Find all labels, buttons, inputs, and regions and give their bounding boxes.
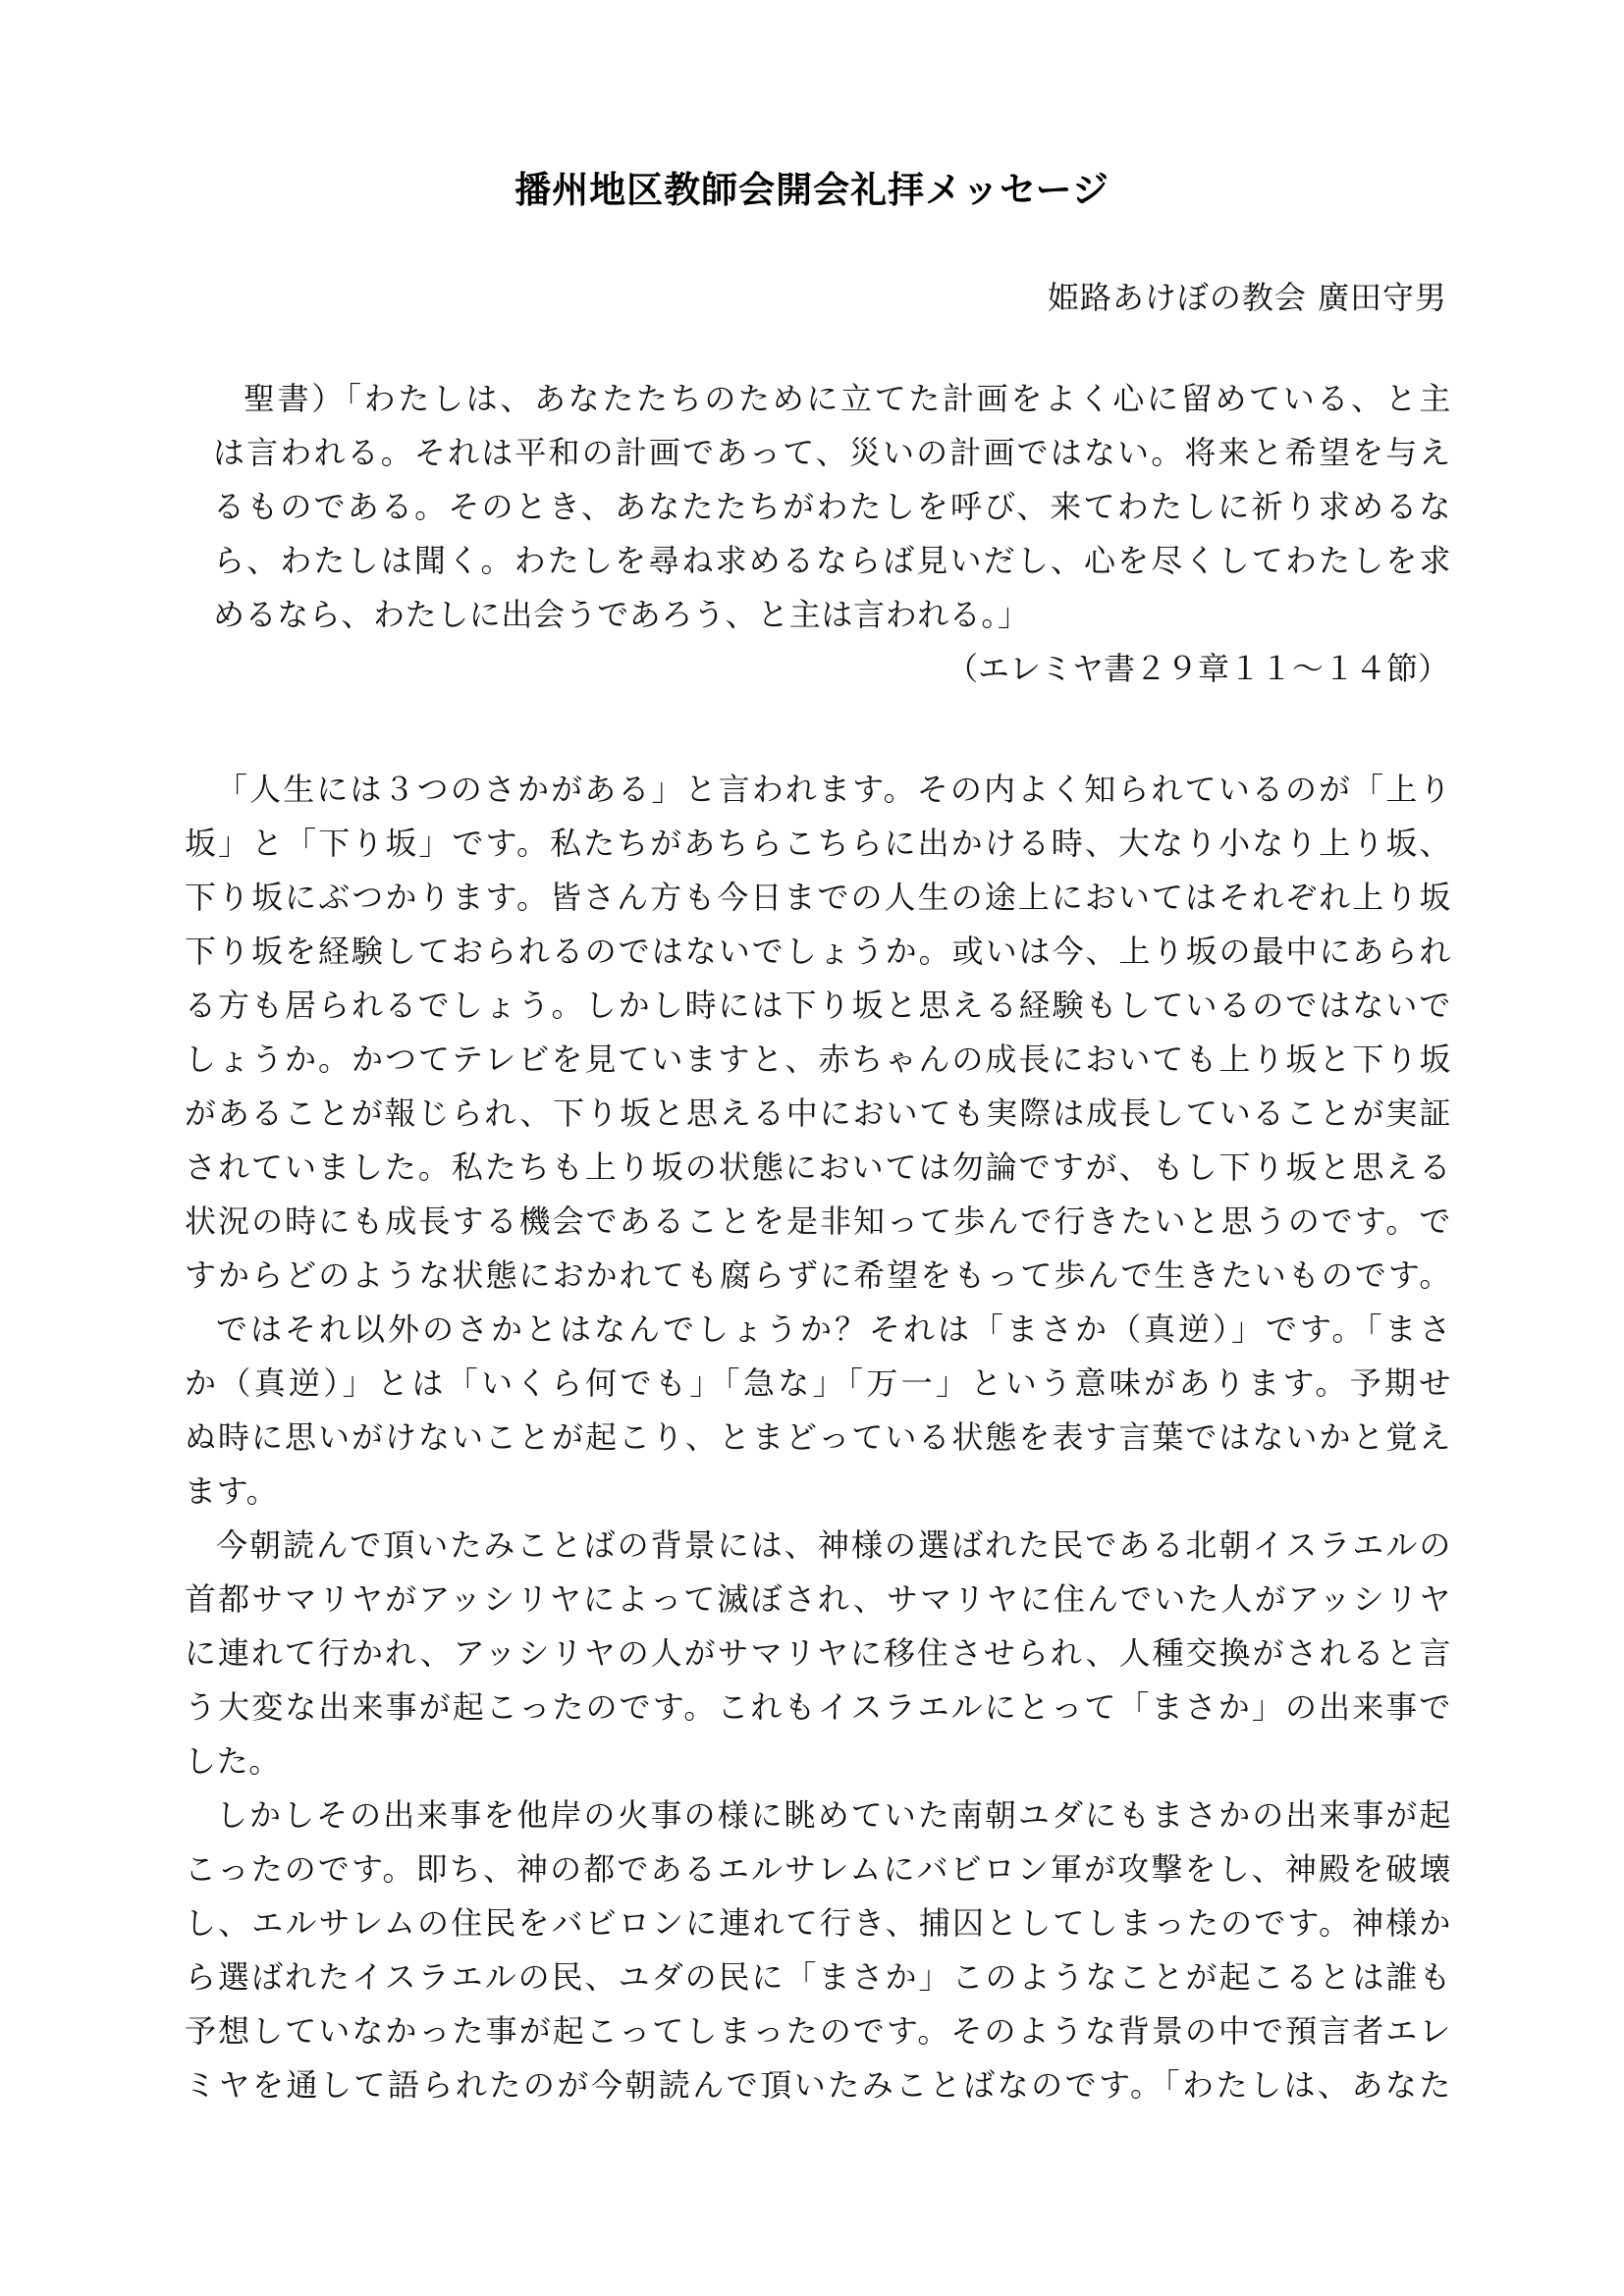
body-line: 坂」と「下り坂」です。私たちがあちらこちらに出かける時、大なり小なり上り坂、 — [185, 819, 1451, 868]
body-line: ぬ時に思いがけないことが起こり、とまどっている状態を表す言葉ではないかと覚え — [185, 1413, 1451, 1462]
body-line: に連れて行かれ、アッシリヤの人がサマリヤに移住させられ、人種交換がされると言 — [185, 1629, 1451, 1678]
body-line: 首都サマリヤがアッシリヤによって滅ぼされ、サマリヤに住んでいた人がアッシリヤ — [185, 1575, 1451, 1624]
body-line: 状況の時にも成長する機会であることを是非知って歩んで行きたいと思うのです。で — [185, 1197, 1451, 1246]
body-line: すからどのような状態におかれても腐らずに希望をもって歩んで生きたいものです。 — [185, 1251, 1451, 1300]
body-line: ら選ばれたイスラエルの民、ユダの民に「まさか」このようなことが起こるとは誰も — [185, 1952, 1451, 2002]
body-line: 今朝読んで頂いたみことばの背景には、神様の選ばれた民である北朝イスラエルの — [216, 1521, 1451, 1570]
document-page: 播州地区教師会開会礼拝メッセージ 姫路あけぼの教会 廣田守男 聖書）「わたしは、… — [0, 0, 1624, 2296]
body-line: か（真逆）」とは「いくら何でも」「急な」「万一」という意味があります。予期せ — [185, 1359, 1451, 1408]
body-line: があることが報じられ、下り坂と思える中においても実際は成長していることが実証 — [185, 1089, 1451, 1138]
scripture-line: めるなら、わたしに出会うであろう、と主は言われる。」 — [213, 590, 1030, 639]
scripture-reference: （エレミヤ書２９章１１～１４節） — [947, 644, 1449, 693]
body-line: 予想していなかった事が起こってしまったのです。そのような背景の中で預言者エレ — [185, 2006, 1451, 2056]
body-line: 「人生には３つのさかがある」と言われます。その内よく知られているのが「上り — [216, 765, 1451, 814]
document-title: 播州地区教師会開会礼拝メッセージ — [0, 160, 1624, 213]
body-line: ます。 — [185, 1467, 278, 1516]
body-line: 下り坂を経験しておられるのではないでしょうか。或いは今、上り坂の最中にあられ — [185, 927, 1451, 976]
scripture-line: 聖書）「わたしは、あなたたちのために立てた計画をよく心に留めている、と主 — [244, 374, 1451, 423]
scripture-line: は言われる。それは平和の計画であって、災いの計画ではない。将来と希望を与え — [213, 428, 1451, 477]
scripture-line: ら、わたしは聞く。わたしを尋ね求めるならば見いだし、心を尽くしてわたしを求 — [213, 536, 1451, 585]
body-line: 下り坂にぶつかります。皆さん方も今日までの人生の途上においてはそれぞれ上り坂 — [185, 873, 1451, 922]
body-line: ではそれ以外のさかとはなんでしょうか？それは「まさか（真逆）」です。「まさ — [216, 1305, 1451, 1354]
body-line: ミヤを通して語られたのが今朝読んで頂いたみことばなのです。「わたしは、あなた — [185, 2060, 1451, 2109]
body-line: う大変な出来事が起こったのです。これもイスラエルにとって「まさか」の出来事で — [185, 1682, 1451, 1732]
author-line: 姫路あけぼの教会 廣田守男 — [1048, 273, 1447, 318]
body-line: した。 — [185, 1736, 281, 1786]
body-line: しかしその出来事を他岸の火事の様に眺めていた南朝ユダにもまさかの出来事が起 — [216, 1790, 1451, 1840]
body-line: されていました。私たちも上り坂の状態においては勿論ですが、もし下り坂と思える — [185, 1143, 1451, 1192]
body-line: こったのです。即ち、神の都であるエルサレムにバビロン軍が攻撃をし、神殿を破壊 — [185, 1844, 1451, 1894]
body-line: しょうか。かつてテレビを見ていますと、赤ちゃんの成長においても上り坂と下り坂 — [185, 1035, 1451, 1084]
body-line: し、エルサレムの住民をバビロンに連れて行き、捕囚としてしまったのです。神様か — [185, 1898, 1451, 1948]
body-line: る方も居られるでしょう。しかし時には下り坂と思える経験もしているのではないで — [185, 981, 1451, 1030]
scripture-line: るものである。そのとき、あなたたちがわたしを呼び、来てわたしに祈り求めるな — [213, 482, 1451, 531]
